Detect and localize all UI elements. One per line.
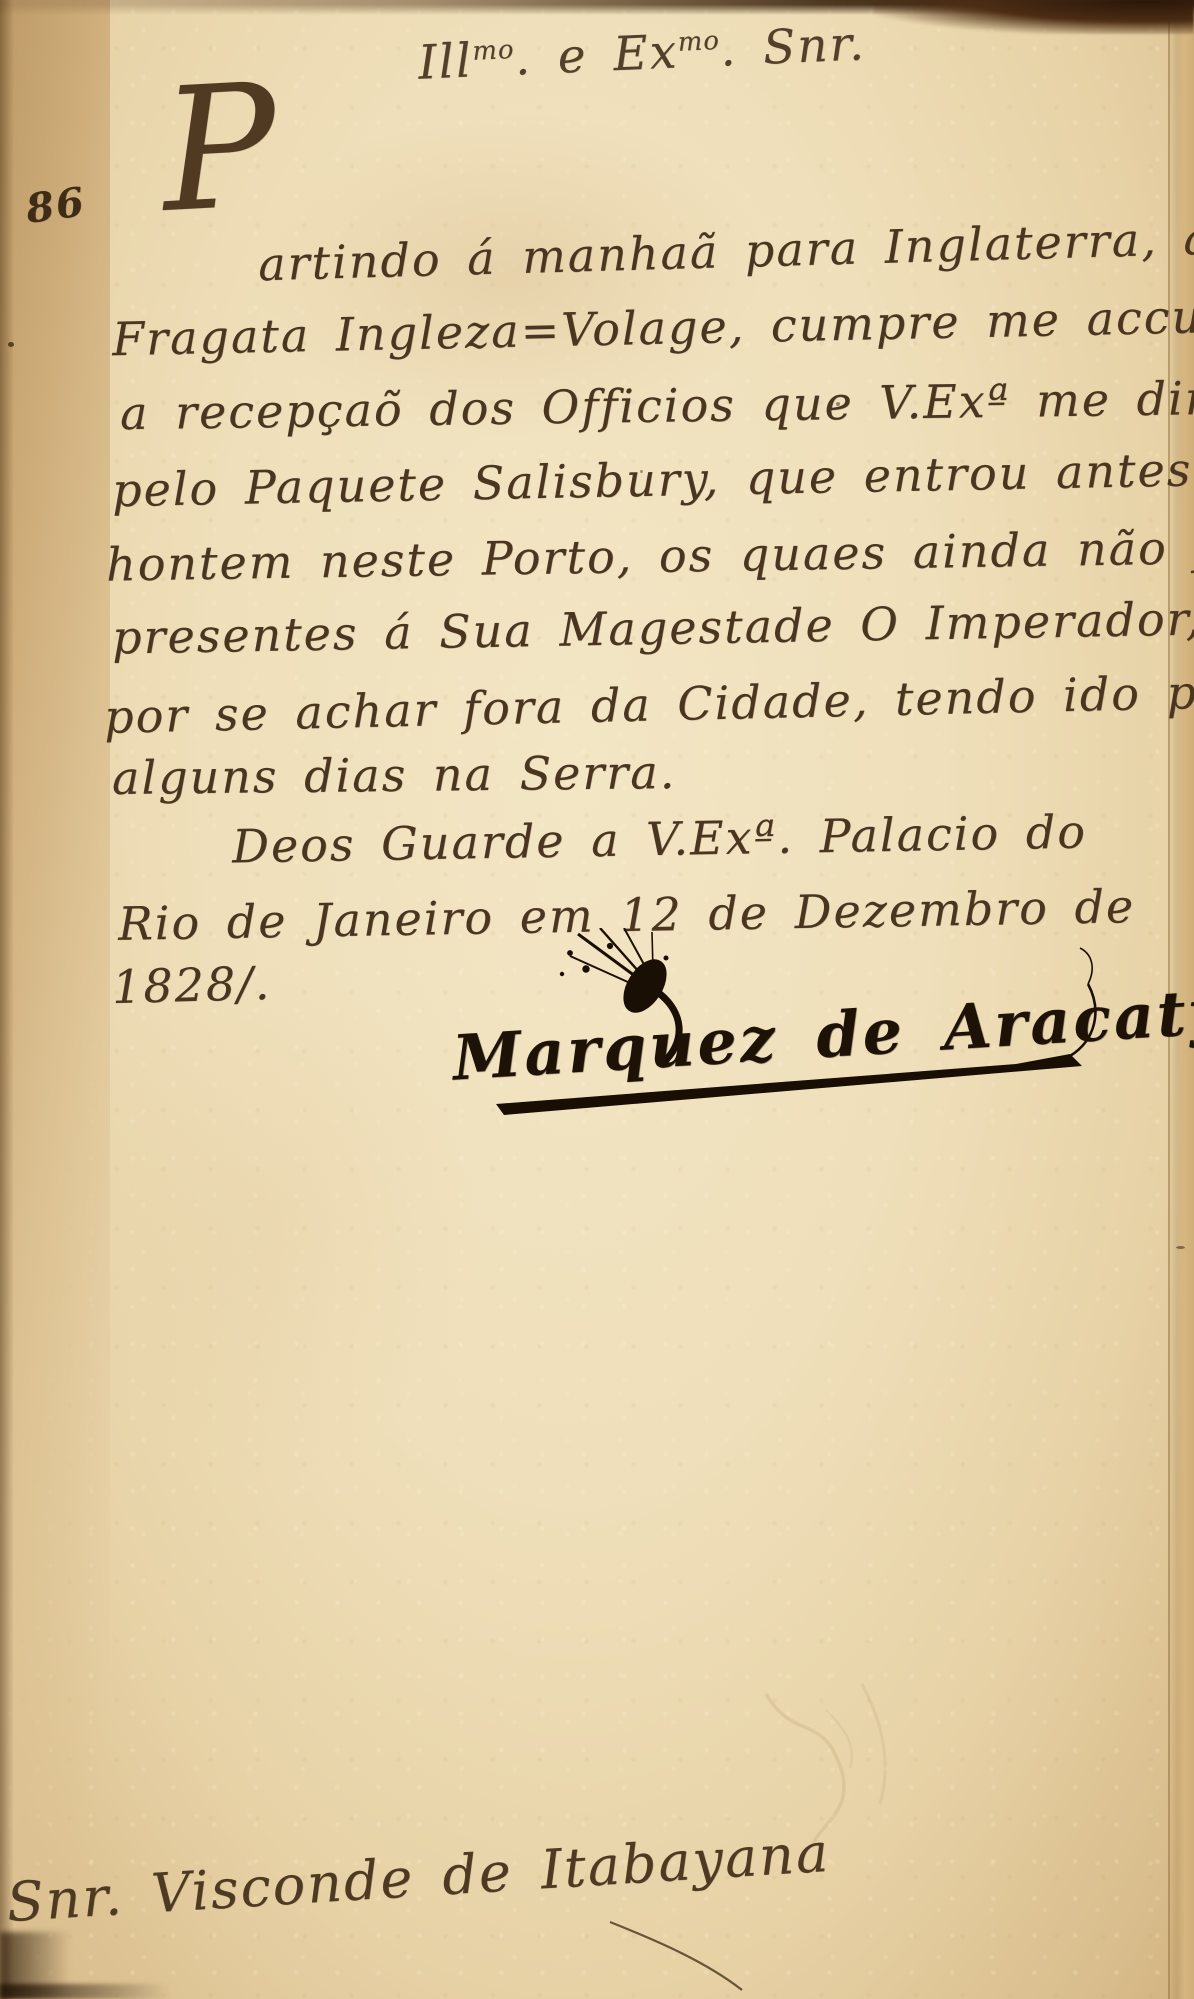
body-line-5: hontem neste Porto, os quaes ainda não f… <box>106 518 1194 591</box>
binding-edge-left-shadow <box>0 0 14 1999</box>
body-line-8: alguns dias na Serra. <box>112 745 677 805</box>
salutation-part: Ill <box>417 33 474 90</box>
body-line-6: presentes á Sua Magestade O Imperador, <box>112 591 1194 664</box>
closing-line-1: Deos Guarde a V.Exª. Palacio do <box>232 805 1088 874</box>
closing-line-3: 1828/. <box>111 956 272 1014</box>
manuscript-page: 86 Illmo. e Exmo. Snr. P artindo á manha… <box>0 0 1194 1999</box>
page-edge-top-right-burn <box>874 0 1194 34</box>
body-line-4: pelo Paquete Salisbury, que entrou antes… <box>112 441 1194 517</box>
salutation-superscript: mo <box>677 26 720 58</box>
initial-capital-letter: P <box>158 61 283 237</box>
page-number: 86 <box>23 178 89 233</box>
paper-stain <box>60 960 480 1480</box>
body-line-3: a recepçaõ dos Officios que V.Exª me dir… <box>120 370 1194 441</box>
body-line-7: por se achar fora da Cidade, tendo ido p… <box>104 662 1194 744</box>
salutation-part: . e Ex <box>514 24 680 86</box>
salutation-superscript: mo <box>472 35 515 67</box>
binding-edge-left <box>0 0 110 1999</box>
salutation-part: . Snr. <box>719 16 867 77</box>
ink-speck <box>8 342 14 347</box>
ink-speck <box>1176 1246 1185 1249</box>
salutation-line: Illmo. e Exmo. Snr. <box>417 16 867 90</box>
